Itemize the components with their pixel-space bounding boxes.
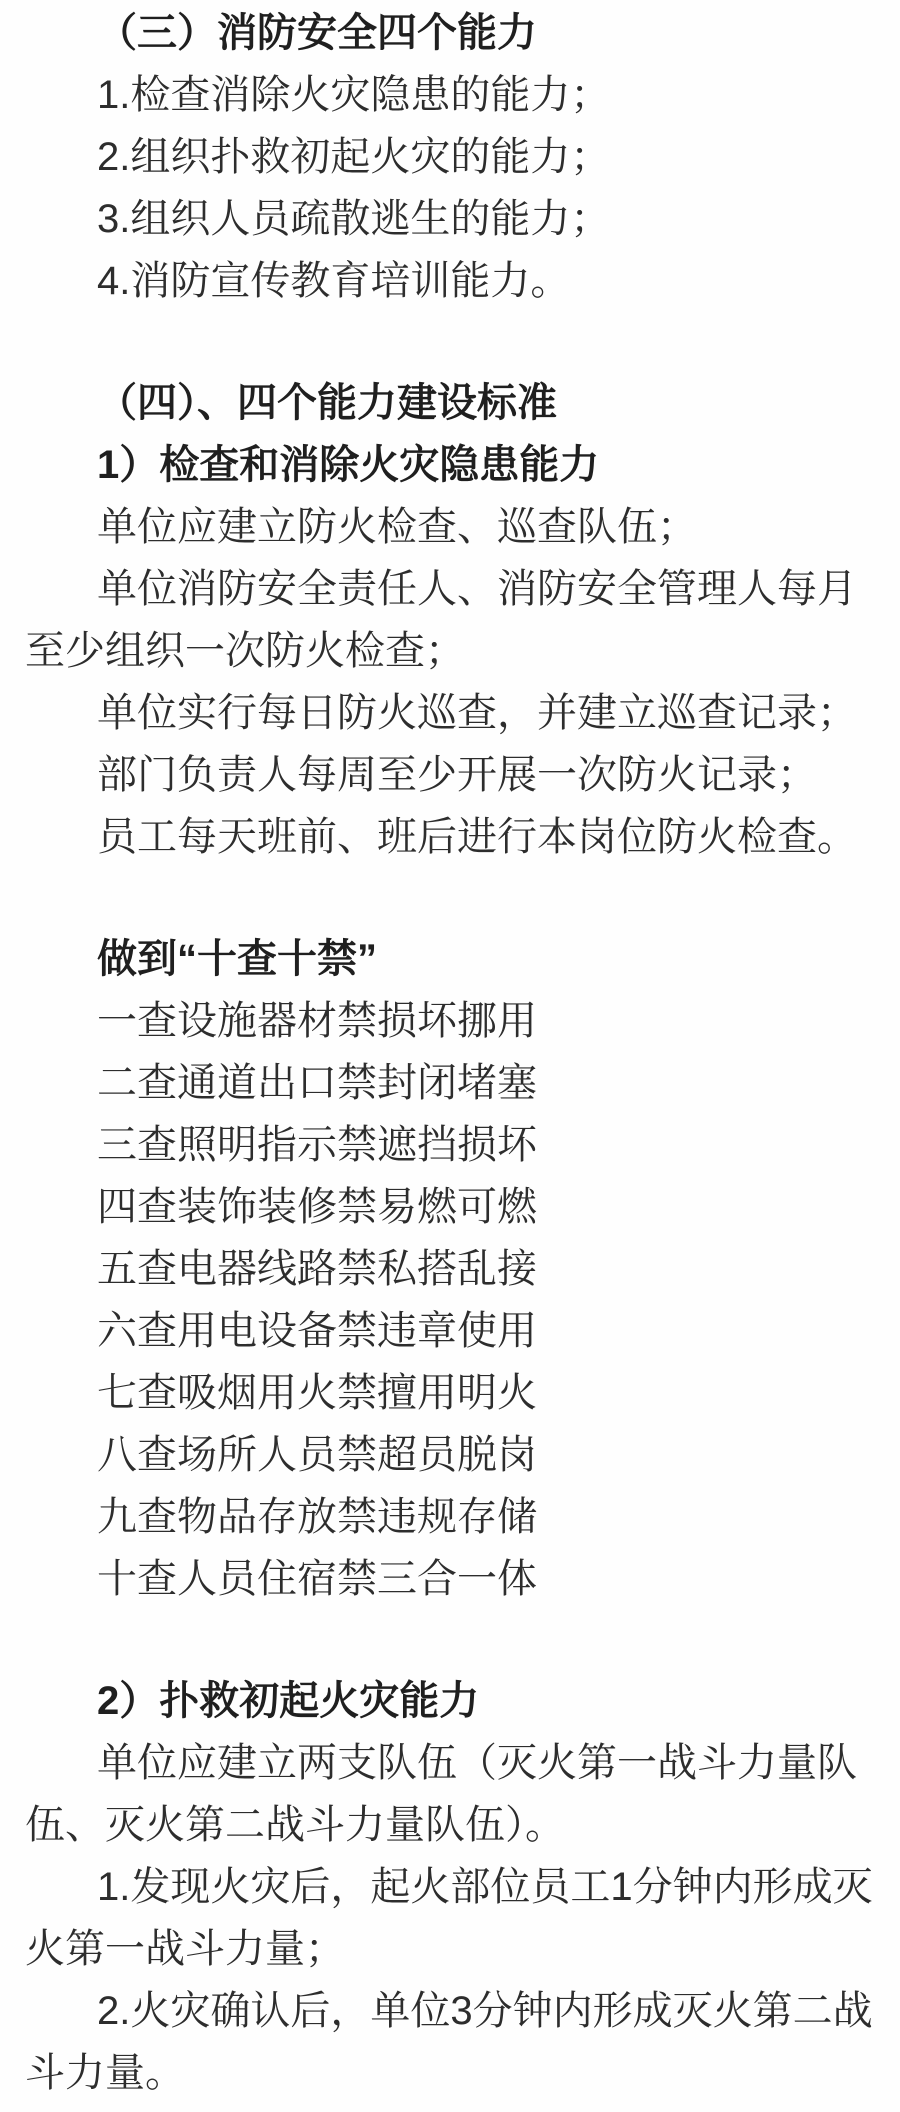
paragraph: 员工每天班前、班后进行本岗位防火检查。	[25, 806, 888, 868]
blank-line	[25, 868, 888, 928]
section-heading: 2）扑救初起火灾能力	[25, 1670, 888, 1732]
paragraph: 十查人员住宿禁三合一体	[25, 1548, 888, 1610]
article-page: （三）消防安全四个能力1.检查消除火灾隐患的能力；2.组织扑救初起火灾的能力；3…	[0, 0, 900, 2112]
section-heading: （三）消防安全四个能力	[25, 2, 888, 64]
paragraph: 五查电器线路禁私搭乱接	[25, 1238, 888, 1300]
paragraph: 二查通道出口禁封闭堵塞	[25, 1052, 888, 1114]
paragraph: 七查吸烟用火禁擅用明火	[25, 1362, 888, 1424]
paragraph: 一查设施器材禁损坏挪用	[25, 990, 888, 1052]
paragraph: 2.组织扑救初起火灾的能力；	[25, 126, 888, 188]
paragraph: 部门负责人每周至少开展一次防火记录；	[25, 744, 888, 806]
paragraph: 单位应建立两支队伍（灭火第一战斗力量队伍、灭火第二战斗力量队伍）。	[25, 1732, 888, 1856]
paragraph: 4.消防宣传教育培训能力。	[25, 250, 888, 312]
blank-line	[25, 312, 888, 372]
paragraph: 2.火灾确认后，单位3分钟内形成灭火第二战斗力量。	[25, 1980, 888, 2104]
paragraph: 六查用电设备禁违章使用	[25, 1300, 888, 1362]
paragraph: 单位消防安全责任人、消防安全管理人每月至少组织一次防火检查；	[25, 558, 888, 682]
paragraph: 八查场所人员禁超员脱岗	[25, 1424, 888, 1486]
paragraph: 单位应建立防火检查、巡查队伍；	[25, 496, 888, 558]
paragraph: 四查装饰装修禁易燃可燃	[25, 1176, 888, 1238]
section-heading: 做到“十查十禁”	[25, 928, 888, 990]
section-heading: （四）、四个能力建设标准	[25, 372, 888, 434]
paragraph: 1.检查消除火灾隐患的能力；	[25, 64, 888, 126]
article-body: （三）消防安全四个能力1.检查消除火灾隐患的能力；2.组织扑救初起火灾的能力；3…	[25, 2, 888, 2104]
blank-line	[25, 1610, 888, 1670]
paragraph: 三查照明指示禁遮挡损坏	[25, 1114, 888, 1176]
paragraph: 单位实行每日防火巡查，并建立巡查记录；	[25, 682, 888, 744]
paragraph: 3.组织人员疏散逃生的能力；	[25, 188, 888, 250]
paragraph: 1.发现火灾后，起火部位员工1分钟内形成灭火第一战斗力量；	[25, 1856, 888, 1980]
section-heading: 1）检查和消除火灾隐患能力	[25, 434, 888, 496]
paragraph: 九查物品存放禁违规存储	[25, 1486, 888, 1548]
